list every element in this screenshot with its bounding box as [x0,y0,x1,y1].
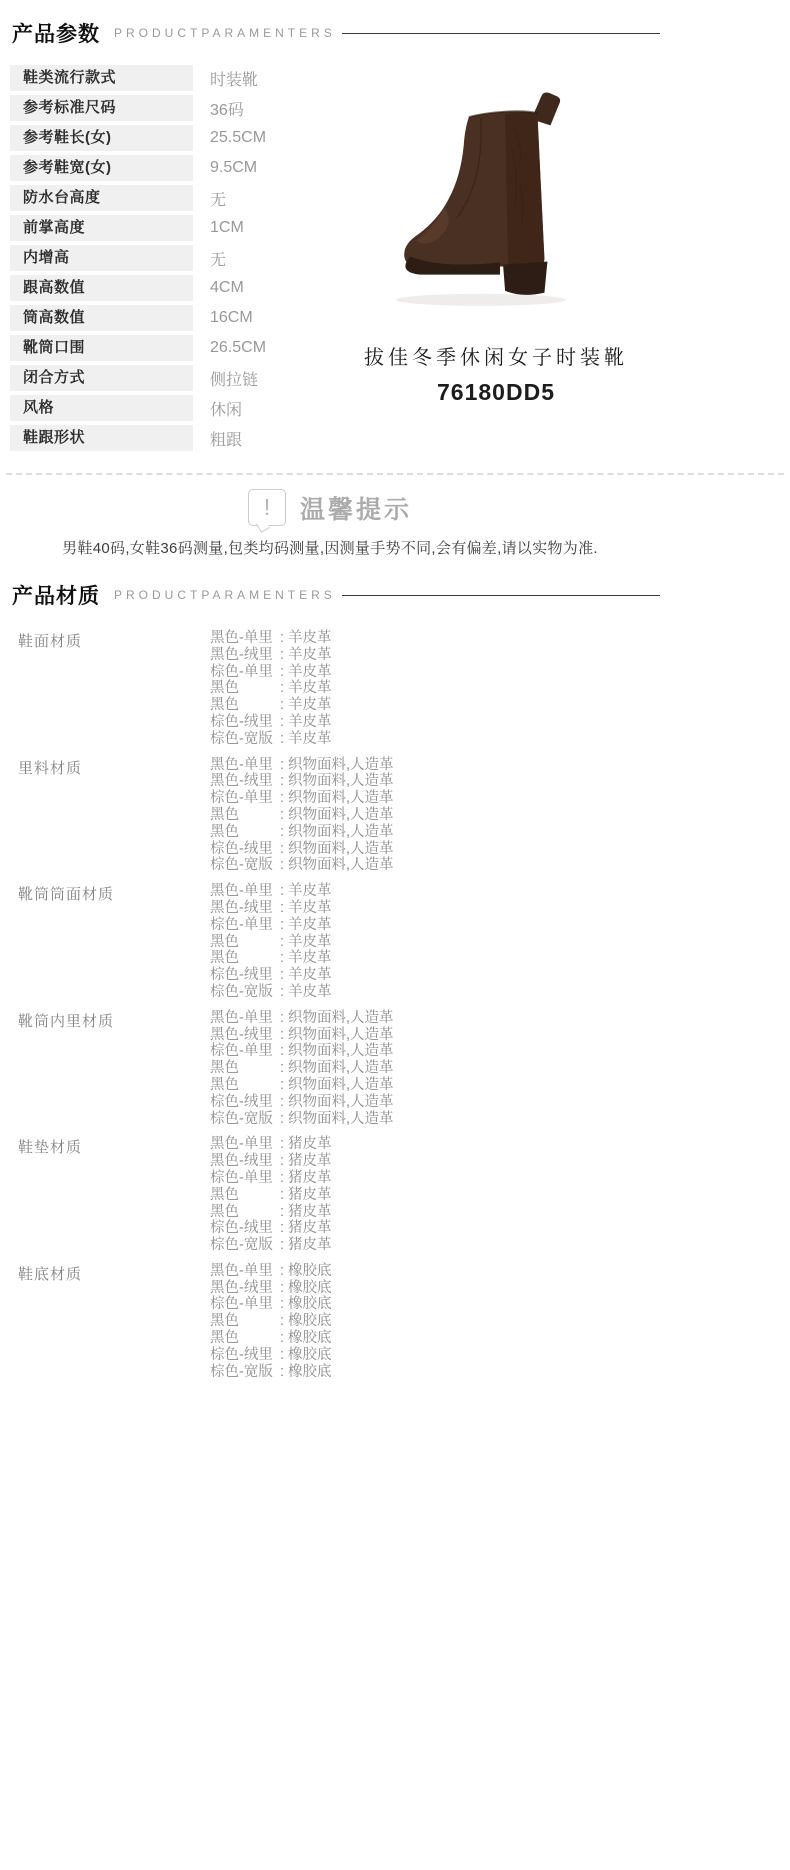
material-label: 靴筒内里材质 [0,1010,192,1128]
param-value: 25.5CM [210,129,266,147]
colon: : [280,1010,284,1027]
material-line: 黑色-单里:橡胶底 [210,1263,660,1280]
material-value: 猪皮革 [288,1136,332,1152]
param-row: 内增高无 [10,245,330,271]
colon: : [280,664,284,681]
material-label: 鞋垫材质 [0,1136,192,1254]
param-row: 参考标准尺码36码 [10,95,330,121]
header-rule [342,33,660,34]
colon: : [280,967,284,984]
colon: : [280,1094,284,1111]
material-line: 棕色-绒里:猪皮革 [210,1220,660,1237]
material-variant: 棕色-宽版 [210,1111,280,1128]
colon: : [280,1263,284,1280]
material-line: 黑色:橡胶底 [210,1313,660,1330]
material-variant: 黑色-绒里 [210,900,280,917]
param-value: 时装靴 [210,67,258,90]
material-variant: 黑色 [210,824,280,841]
param-row: 防水台高度无 [10,185,330,211]
material-label: 里料材质 [0,757,192,875]
colon: : [280,1364,284,1381]
material-variant: 黑色 [210,1077,280,1094]
material-value: 羊皮革 [288,714,332,730]
material-group: 鞋垫材质黑色-单里:猪皮革黑色-绒里:猪皮革棕色-单里:猪皮革黑色:猪皮革黑色:… [0,1136,660,1254]
material-value: 织物面料,人造革 [288,757,394,773]
colon: : [280,757,284,774]
material-value: 羊皮革 [288,731,332,747]
material-variant: 黑色 [210,1060,280,1077]
colon: : [280,630,284,647]
param-value: 侧拉链 [210,367,258,390]
material-items: 黑色-单里:猪皮革黑色-绒里:猪皮革棕色-单里:猪皮革黑色:猪皮革黑色:猪皮革棕… [192,1136,660,1254]
material-variant: 棕色-绒里 [210,1347,280,1364]
params-section-header: 产品参数 PRODUCTPARAMENTERS [0,18,660,48]
param-label: 参考鞋长(女) [10,125,193,151]
param-label: 靴筒口围 [10,335,193,361]
material-group: 鞋面材质黑色-单里:羊皮革黑色-绒里:羊皮革棕色-单里:羊皮革黑色:羊皮革黑色:… [0,630,660,748]
exclamation-bubble-icon: ! [248,489,286,526]
material-line: 黑色:橡胶底 [210,1330,660,1347]
material-value: 橡胶底 [288,1296,332,1312]
material-line: 棕色-单里:织物面料,人造革 [210,1043,660,1060]
colon: : [280,841,284,858]
material-line: 黑色-单里:猪皮革 [210,1136,660,1153]
colon: : [280,1313,284,1330]
material-variant: 棕色-绒里 [210,841,280,858]
material-value: 橡胶底 [288,1263,332,1279]
material-value: 织物面料,人造革 [288,790,394,806]
colon: : [280,790,284,807]
material-line: 黑色-绒里:羊皮革 [210,900,660,917]
material-line: 棕色-单里:橡胶底 [210,1296,660,1313]
materials-title: 产品材质 [12,580,100,610]
colon: : [280,731,284,748]
colon: : [280,680,284,697]
material-value: 织物面料,人造革 [288,1027,394,1043]
param-row: 闭合方式侧拉链 [10,365,330,391]
material-value: 织物面料,人造革 [288,1010,394,1026]
material-variant: 棕色-单里 [210,1296,280,1313]
material-value: 织物面料,人造革 [288,773,394,789]
params-subtitle: PRODUCTPARAMENTERS [114,26,336,40]
material-variant: 棕色-单里 [210,664,280,681]
param-value: 休闲 [210,397,242,420]
material-line: 黑色-绒里:橡胶底 [210,1280,660,1297]
tips-note: 男鞋40码,女鞋36码测量,包类均码测量,因测量手势不同,会有偏差,请以实物为准… [0,537,660,558]
material-group: 鞋底材质黑色-单里:橡胶底黑色-绒里:橡胶底棕色-单里:橡胶底黑色:橡胶底黑色:… [0,1263,660,1381]
colon: : [280,647,284,664]
material-line: 黑色:织物面料,人造革 [210,1060,660,1077]
params-body: 鞋类流行款式时装靴参考标准尺码36码参考鞋长(女)25.5CM参考鞋宽(女)9.… [0,65,660,465]
material-group: 靴筒筒面材质黑色-单里:羊皮革黑色-绒里:羊皮革棕色-单里:羊皮革黑色:羊皮革黑… [0,883,660,1001]
material-variant: 棕色-绒里 [210,967,280,984]
param-value: 无 [210,247,226,270]
colon: : [280,934,284,951]
material-value: 橡胶底 [288,1330,332,1346]
param-value: 1CM [210,219,244,237]
material-value: 橡胶底 [288,1313,332,1329]
colon: : [280,1330,284,1347]
colon: : [280,1220,284,1237]
product-detail-page: 产品参数 PRODUCTPARAMENTERS 鞋类流行款式时装靴参考标准尺码3… [0,0,660,1380]
param-value: 26.5CM [210,339,266,357]
material-value: 羊皮革 [288,917,332,933]
param-label: 鞋跟形状 [10,425,193,451]
material-line: 黑色:羊皮革 [210,697,660,714]
materials-section-header: 产品材质 PRODUCTPARAMENTERS [0,580,660,610]
param-label: 鞋类流行款式 [10,65,193,91]
param-label: 闭合方式 [10,365,193,391]
material-value: 橡胶底 [288,1280,332,1296]
material-line: 黑色-单里:羊皮革 [210,883,660,900]
material-value: 织物面料,人造革 [288,824,394,840]
colon: : [280,1170,284,1187]
material-variant: 棕色-单里 [210,1043,280,1060]
material-value: 羊皮革 [288,934,332,950]
material-variant: 黑色-单里 [210,757,280,774]
material-value: 猪皮革 [288,1220,332,1236]
material-group: 里料材质黑色-单里:织物面料,人造革黑色-绒里:织物面料,人造革棕色-单里:织物… [0,757,660,875]
param-label: 内增高 [10,245,193,271]
colon: : [280,1136,284,1153]
material-value: 羊皮革 [288,883,332,899]
param-row: 风格休闲 [10,395,330,421]
material-line: 黑色-绒里:织物面料,人造革 [210,1027,660,1044]
colon: : [280,917,284,934]
material-variant: 棕色-宽版 [210,1237,280,1254]
colon: : [280,1237,284,1254]
material-variant: 棕色-绒里 [210,714,280,731]
material-variant: 黑色-绒里 [210,1280,280,1297]
tips-section: ! 温馨提示 男鞋40码,女鞋36码测量,包类均码测量,因测量手势不同,会有偏差… [0,489,660,558]
material-value: 织物面料,人造革 [288,1094,394,1110]
param-label: 参考鞋宽(女) [10,155,193,181]
param-row: 鞋跟形状粗跟 [10,425,330,451]
material-line: 黑色:织物面料,人造革 [210,1077,660,1094]
param-label: 前掌高度 [10,215,193,241]
material-line: 棕色-宽版:羊皮革 [210,984,660,1001]
material-variant: 黑色 [210,950,280,967]
material-value: 织物面料,人造革 [288,1077,394,1093]
material-variant: 黑色-单里 [210,1136,280,1153]
material-items: 黑色-单里:织物面料,人造革黑色-绒里:织物面料,人造革棕色-单里:织物面料,人… [192,757,660,875]
param-row: 参考鞋宽(女)9.5CM [10,155,330,181]
tips-header: ! 温馨提示 [0,489,660,526]
colon: : [280,807,284,824]
material-label: 鞋面材质 [0,630,192,748]
colon: : [280,900,284,917]
material-variant: 棕色-宽版 [210,1364,280,1381]
tips-title: 温馨提示 [300,490,412,526]
params-title: 产品参数 [12,18,100,48]
material-variant: 棕色-宽版 [210,731,280,748]
colon: : [280,984,284,1001]
colon: : [280,824,284,841]
material-line: 棕色-绒里:织物面料,人造革 [210,1094,660,1111]
material-variant: 棕色-绒里 [210,1220,280,1237]
param-value: 粗跟 [210,427,242,450]
colon: : [280,1077,284,1094]
material-variant: 黑色 [210,697,280,714]
material-variant: 棕色-单里 [210,1170,280,1187]
material-value: 猪皮革 [288,1204,332,1220]
material-variant: 黑色-绒里 [210,1153,280,1170]
material-group: 靴筒内里材质黑色-单里:织物面料,人造革黑色-绒里:织物面料,人造革棕色-单里:… [0,1010,660,1128]
material-variant: 棕色-绒里 [210,1094,280,1111]
material-value: 猪皮革 [288,1153,332,1169]
material-line: 棕色-绒里:织物面料,人造革 [210,841,660,858]
param-value: 36码 [210,97,244,120]
material-line: 黑色-绒里:羊皮革 [210,647,660,664]
param-label: 参考标准尺码 [10,95,193,121]
colon: : [280,1204,284,1221]
material-variant: 黑色-单里 [210,883,280,900]
material-variant: 黑色 [210,680,280,697]
header-rule [342,595,660,596]
material-variant: 黑色 [210,1330,280,1347]
param-value: 无 [210,187,226,210]
colon: : [280,1111,284,1128]
material-label: 靴筒筒面材质 [0,883,192,1001]
material-variant: 黑色 [210,1204,280,1221]
product-showcase: 拔佳冬季休闲女子时装靴 76180DD5 [335,65,657,406]
material-line: 黑色-绒里:织物面料,人造革 [210,773,660,790]
material-line: 黑色-绒里:猪皮革 [210,1153,660,1170]
material-line: 黑色:猪皮革 [210,1204,660,1221]
materials-subtitle: PRODUCTPARAMENTERS [114,588,336,602]
material-value: 猪皮革 [288,1237,332,1253]
material-variant: 黑色-绒里 [210,773,280,790]
material-line: 黑色-单里:织物面料,人造革 [210,1010,660,1027]
param-row: 靴筒口围26.5CM [10,335,330,361]
param-label: 风格 [10,395,193,421]
material-variant: 黑色-绒里 [210,1027,280,1044]
colon: : [280,1043,284,1060]
param-label: 防水台高度 [10,185,193,211]
colon: : [280,883,284,900]
material-line: 黑色-单里:织物面料,人造革 [210,757,660,774]
params-table: 鞋类流行款式时装靴参考标准尺码36码参考鞋长(女)25.5CM参考鞋宽(女)9.… [0,65,330,451]
materials-table: 鞋面材质黑色-单里:羊皮革黑色-绒里:羊皮革棕色-单里:羊皮革黑色:羊皮革黑色:… [0,630,660,1380]
material-variant: 黑色-单里 [210,630,280,647]
colon: : [280,950,284,967]
material-variant: 黑色-绒里 [210,647,280,664]
material-value: 猪皮革 [288,1187,332,1203]
param-label: 筒高数值 [10,305,193,331]
material-line: 棕色-单里:织物面料,人造革 [210,790,660,807]
material-value: 橡胶底 [288,1364,332,1380]
param-value: 4CM [210,279,244,297]
material-line: 棕色-单里:猪皮革 [210,1170,660,1187]
material-value: 橡胶底 [288,1347,332,1363]
material-value: 羊皮革 [288,647,332,663]
material-line: 黑色:织物面料,人造革 [210,807,660,824]
material-value: 织物面料,人造革 [288,1043,394,1059]
param-value: 16CM [210,309,253,327]
material-value: 织物面料,人造革 [288,841,394,857]
material-variant: 黑色 [210,1313,280,1330]
material-value: 羊皮革 [288,697,332,713]
material-variant: 棕色-宽版 [210,857,280,874]
material-value: 羊皮革 [288,900,332,916]
colon: : [280,1347,284,1364]
material-line: 棕色-绒里:羊皮革 [210,967,660,984]
param-value: 9.5CM [210,159,257,177]
material-line: 棕色-单里:羊皮革 [210,917,660,934]
boot-product-image [380,87,612,319]
material-line: 黑色-单里:羊皮革 [210,630,660,647]
material-variant: 棕色-单里 [210,917,280,934]
material-line: 棕色-绒里:橡胶底 [210,1347,660,1364]
param-row: 筒高数值16CM [10,305,330,331]
material-value: 羊皮革 [288,664,332,680]
material-value: 织物面料,人造革 [288,1060,394,1076]
material-variant: 黑色 [210,807,280,824]
material-line: 棕色-宽版:织物面料,人造革 [210,1111,660,1128]
colon: : [280,1153,284,1170]
material-line: 棕色-绒里:羊皮革 [210,714,660,731]
material-line: 棕色-宽版:橡胶底 [210,1364,660,1381]
material-value: 羊皮革 [288,680,332,696]
material-value: 织物面料,人造革 [288,807,394,823]
dashed-divider [6,473,784,475]
material-items: 黑色-单里:橡胶底黑色-绒里:橡胶底棕色-单里:橡胶底黑色:橡胶底黑色:橡胶底棕… [192,1263,660,1381]
colon: : [280,697,284,714]
material-value: 羊皮革 [288,984,332,1000]
material-variant: 黑色 [210,934,280,951]
material-value: 织物面料,人造革 [288,1111,394,1127]
colon: : [280,1296,284,1313]
param-row: 前掌高度1CM [10,215,330,241]
colon: : [280,1027,284,1044]
param-row: 跟高数值4CM [10,275,330,301]
product-model-number: 76180DD5 [437,379,555,406]
material-value: 羊皮革 [288,950,332,966]
material-line: 黑色:羊皮革 [210,680,660,697]
material-line: 棕色-单里:羊皮革 [210,664,660,681]
param-row: 鞋类流行款式时装靴 [10,65,330,91]
material-line: 黑色:羊皮革 [210,950,660,967]
material-items: 黑色-单里:织物面料,人造革黑色-绒里:织物面料,人造革棕色-单里:织物面料,人… [192,1010,660,1128]
param-row: 参考鞋长(女)25.5CM [10,125,330,151]
colon: : [280,773,284,790]
material-line: 棕色-宽版:羊皮革 [210,731,660,748]
colon: : [280,714,284,731]
material-value: 猪皮革 [288,1170,332,1186]
material-variant: 棕色-单里 [210,790,280,807]
material-line: 棕色-宽版:织物面料,人造革 [210,857,660,874]
material-line: 黑色:羊皮革 [210,934,660,951]
material-label: 鞋底材质 [0,1263,192,1381]
colon: : [280,1280,284,1297]
material-variant: 黑色-单里 [210,1010,280,1027]
material-line: 黑色:猪皮革 [210,1187,660,1204]
product-name: 拔佳冬季休闲女子时装靴 [364,341,628,370]
param-label: 跟高数值 [10,275,193,301]
material-line: 黑色:织物面料,人造革 [210,824,660,841]
material-value: 羊皮革 [288,967,332,983]
colon: : [280,857,284,874]
material-variant: 棕色-宽版 [210,984,280,1001]
material-items: 黑色-单里:羊皮革黑色-绒里:羊皮革棕色-单里:羊皮革黑色:羊皮革黑色:羊皮革棕… [192,883,660,1001]
material-variant: 黑色 [210,1187,280,1204]
colon: : [280,1187,284,1204]
material-items: 黑色-单里:羊皮革黑色-绒里:羊皮革棕色-单里:羊皮革黑色:羊皮革黑色:羊皮革棕… [192,630,660,748]
material-value: 织物面料,人造革 [288,857,394,873]
material-value: 羊皮革 [288,630,332,646]
material-variant: 黑色-单里 [210,1263,280,1280]
colon: : [280,1060,284,1077]
material-line: 棕色-宽版:猪皮革 [210,1237,660,1254]
